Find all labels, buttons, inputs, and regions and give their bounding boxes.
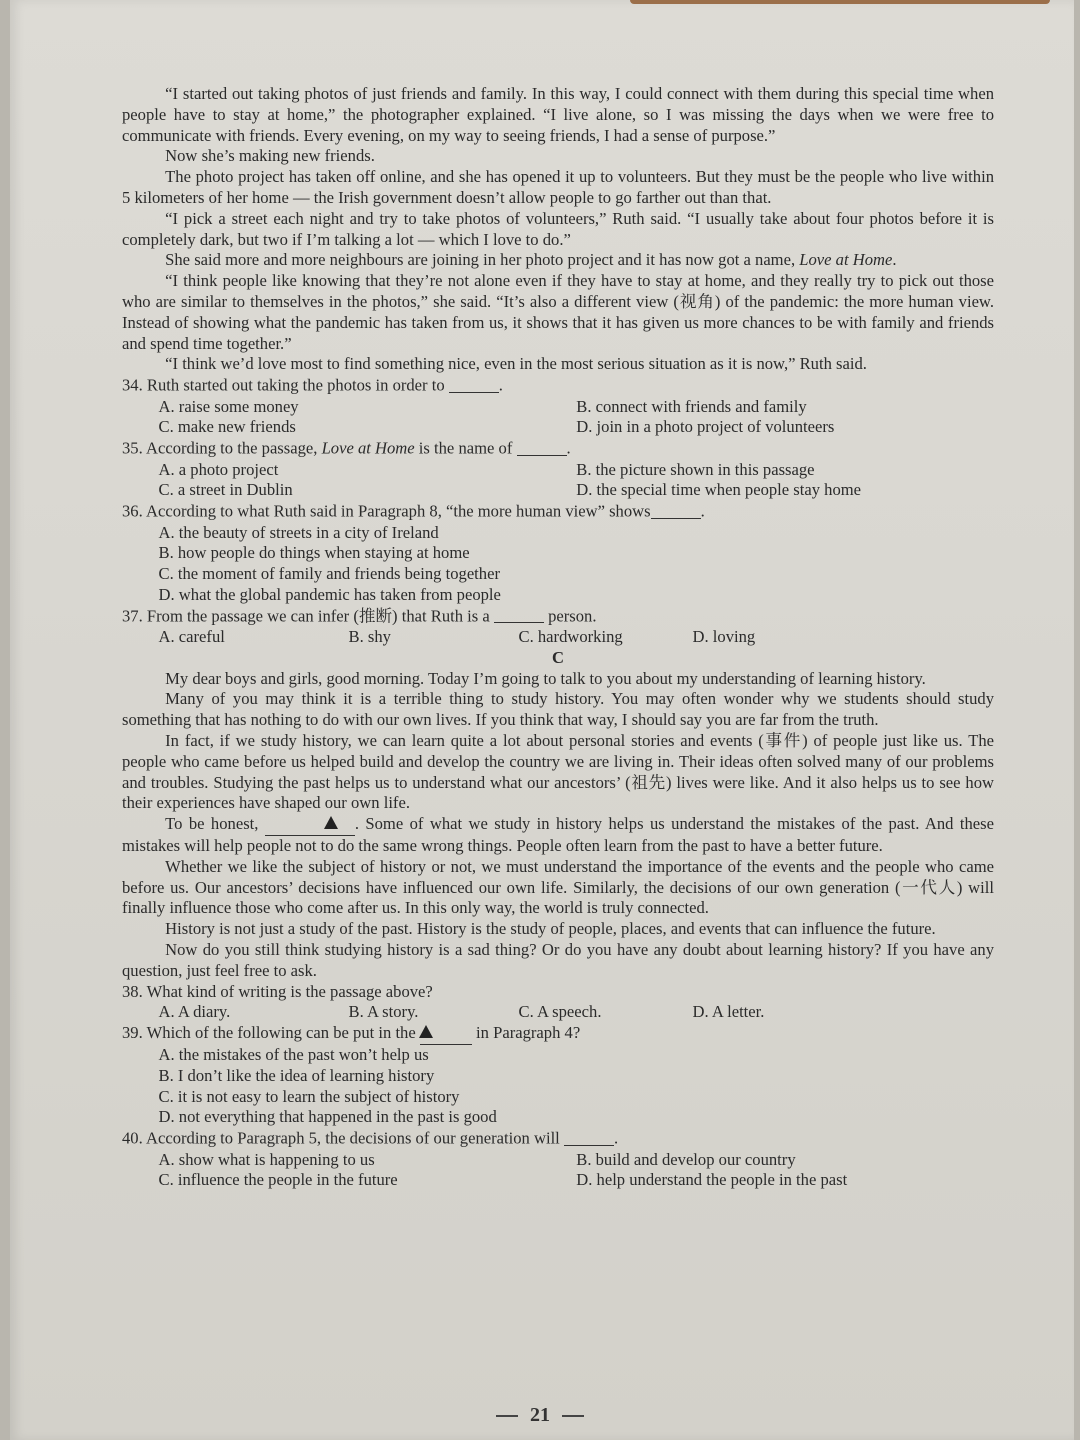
passage-paragraph: “I started out taking photos of just fri…: [122, 84, 994, 146]
answer-blank[interactable]: [449, 375, 499, 393]
answer-blank[interactable]: [517, 438, 567, 456]
question-number: 37.: [122, 606, 143, 625]
question-stem: 38. What kind of writing is the passage …: [122, 982, 994, 1003]
triangle-blank[interactable]: [265, 814, 355, 836]
triangle-icon: [324, 816, 338, 829]
question-stem: 39. Which of the following can be put in…: [122, 1023, 994, 1045]
answer-blank[interactable]: [651, 501, 701, 519]
triangle-icon: [419, 1025, 433, 1038]
question-number: 34.: [122, 376, 143, 395]
question-number: 36.: [122, 502, 143, 521]
question-number: 39.: [122, 1023, 143, 1042]
passage-paragraph: “I think people like knowing that they’r…: [122, 271, 994, 354]
option-b[interactable]: B. how people do things when staying at …: [159, 543, 994, 564]
dash-left: [496, 1415, 518, 1417]
option-d[interactable]: D. help understand the people in the pas…: [576, 1170, 994, 1191]
option-d[interactable]: D. A letter.: [693, 1002, 994, 1023]
question-number: 35.: [122, 439, 143, 458]
question-text: According to what Ruth said in Paragraph…: [146, 502, 651, 521]
question-number: 38.: [122, 982, 143, 1001]
option-a[interactable]: A. the beauty of streets in a city of Ir…: [159, 523, 994, 544]
option-a[interactable]: A. A diary.: [159, 1002, 349, 1023]
question-stem: 36. According to what Ruth said in Parag…: [122, 501, 994, 522]
options: A. careful B. shy C. hardworking D. lovi…: [122, 627, 994, 648]
question-text: What kind of writing is the passage abov…: [147, 982, 433, 1001]
option-c[interactable]: C. the moment of family and friends bein…: [159, 564, 994, 585]
passage-paragraph: She said more and more neighbours are jo…: [122, 250, 994, 271]
option-c[interactable]: C. a street in Dublin: [159, 480, 577, 501]
question-text: is the name of: [415, 439, 513, 458]
option-b[interactable]: B. the picture shown in this passage: [576, 460, 994, 481]
answer-blank[interactable]: [564, 1128, 614, 1146]
question-stem: 40. According to Paragraph 5, the decisi…: [122, 1128, 994, 1149]
question-34: 34. Ruth started out taking the photos i…: [122, 375, 994, 438]
passage-paragraph: The photo project has taken off online, …: [122, 167, 994, 209]
passage-paragraph: In fact, if we study history, we can lea…: [122, 731, 994, 814]
option-c[interactable]: C. it is not easy to learn the subject o…: [159, 1087, 994, 1108]
question-text: Ruth started out taking the photos in or…: [147, 376, 445, 395]
question-text: From the passage we can infer (推断) that …: [147, 606, 490, 625]
question-text: .: [701, 502, 705, 521]
question-stem: 35. According to the passage, Love at Ho…: [122, 438, 994, 459]
answer-blank[interactable]: [494, 606, 544, 624]
option-d[interactable]: D. not everything that happened in the p…: [159, 1107, 994, 1128]
options: A. the beauty of streets in a city of Ir…: [122, 523, 994, 606]
passage-paragraph: Whether we like the subject of history o…: [122, 857, 994, 919]
option-a[interactable]: A. show what is happening to us: [159, 1150, 577, 1171]
question-35: 35. According to the passage, Love at Ho…: [122, 438, 994, 501]
options: A. a photo project B. the picture shown …: [122, 460, 994, 502]
question-text: .: [614, 1129, 618, 1148]
question-stem: 34. Ruth started out taking the photos i…: [122, 375, 994, 396]
section-label: C: [122, 648, 994, 669]
options: A. A diary. B. A story. C. A speech. D. …: [122, 1002, 994, 1023]
option-c[interactable]: C. influence the people in the future: [159, 1170, 577, 1191]
options: A. raise some money B. connect with frie…: [122, 397, 994, 439]
passage-paragraph: “I think we’d love most to find somethin…: [122, 354, 994, 375]
project-name: Love at Home: [322, 439, 415, 458]
question-37: 37. From the passage we can infer (推断) t…: [122, 606, 994, 648]
question-39: 39. Which of the following can be put in…: [122, 1023, 994, 1128]
question-40: 40. According to Paragraph 5, the decisi…: [122, 1128, 994, 1191]
paragraph-text: She said more and more neighbours are jo…: [165, 250, 799, 269]
question-text: According to Paragraph 5, the decisions …: [146, 1129, 560, 1148]
option-b[interactable]: B. A story.: [349, 1002, 519, 1023]
option-c[interactable]: C. hardworking: [519, 627, 693, 648]
passage-paragraph: History is not just a study of the past.…: [122, 919, 994, 940]
passage-paragraph: Now do you still think studying history …: [122, 940, 994, 982]
passage-paragraph: To be honest, . Some of what we study in…: [122, 814, 994, 857]
options: A. show what is happening to us B. build…: [122, 1150, 994, 1192]
passage-paragraph: Many of you may think it is a terrible t…: [122, 689, 994, 731]
page-edge-shadow: [630, 0, 1050, 4]
option-a[interactable]: A. careful: [159, 627, 349, 648]
question-36: 36. According to what Ruth said in Parag…: [122, 501, 994, 606]
option-a[interactable]: A. raise some money: [159, 397, 577, 418]
passage-paragraph: Now she’s making new friends.: [122, 146, 994, 167]
question-text: According to the passage,: [146, 439, 322, 458]
option-a[interactable]: A. the mistakes of the past won’t help u…: [159, 1045, 994, 1066]
option-a[interactable]: A. a photo project: [159, 460, 577, 481]
page-number-text: 21: [530, 1404, 550, 1426]
exam-page: “I started out taking photos of just fri…: [10, 0, 1074, 1440]
option-d[interactable]: D. the special time when people stay hom…: [576, 480, 994, 501]
paragraph-text: .: [892, 250, 896, 269]
option-b[interactable]: B. shy: [349, 627, 519, 648]
triangle-blank[interactable]: [420, 1023, 472, 1045]
project-name: Love at Home: [799, 250, 892, 269]
page-number: 21: [0, 1404, 1080, 1427]
page-content: “I started out taking photos of just fri…: [122, 84, 994, 1191]
dash-right: [562, 1415, 584, 1417]
question-text: person.: [548, 606, 596, 625]
option-d[interactable]: D. what the global pandemic has taken fr…: [159, 585, 994, 606]
option-c[interactable]: C. A speech.: [519, 1002, 693, 1023]
option-d[interactable]: D. loving: [693, 627, 994, 648]
question-stem: 37. From the passage we can infer (推断) t…: [122, 606, 994, 627]
question-text: in Paragraph 4?: [476, 1023, 580, 1042]
options: A. the mistakes of the past won’t help u…: [122, 1045, 994, 1128]
passage-paragraph: My dear boys and girls, good morning. To…: [122, 669, 994, 690]
passage-paragraph: “I pick a street each night and try to t…: [122, 209, 994, 251]
paragraph-text: To be honest,: [165, 814, 258, 833]
option-c[interactable]: C. make new friends: [159, 417, 577, 438]
question-number: 40.: [122, 1129, 143, 1148]
question-text: .: [499, 376, 503, 395]
option-b[interactable]: B. I don’t like the idea of learning his…: [159, 1066, 994, 1087]
option-d[interactable]: D. join in a photo project of volunteers: [576, 417, 994, 438]
option-b[interactable]: B. build and develop our country: [576, 1150, 994, 1171]
question-38: 38. What kind of writing is the passage …: [122, 982, 994, 1024]
question-text: .: [567, 439, 571, 458]
question-text: Which of the following can be put in the: [147, 1023, 416, 1042]
option-b[interactable]: B. connect with friends and family: [576, 397, 994, 418]
